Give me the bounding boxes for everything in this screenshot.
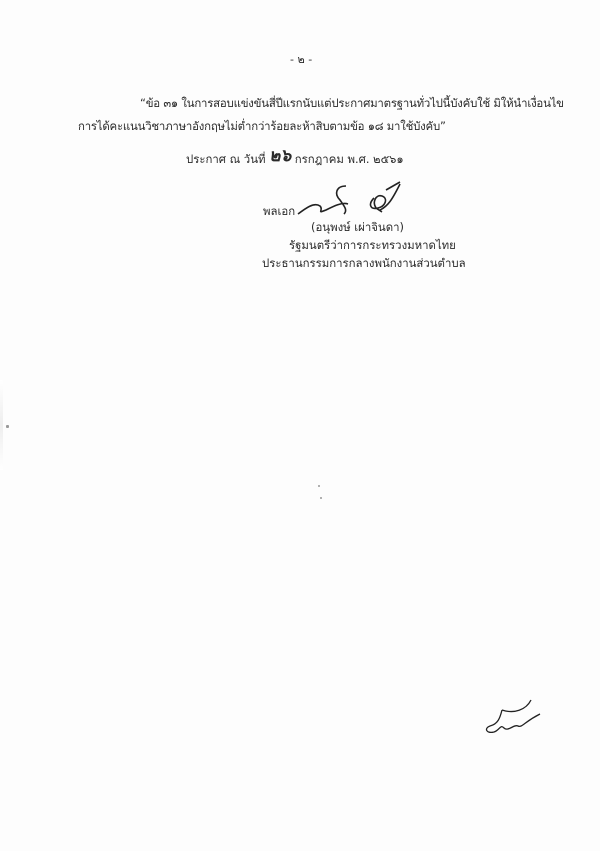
signatory-name: (อนุพงษ์ เผ่าจินดา) (311, 219, 404, 235)
main-signature-icon (296, 180, 416, 220)
scan-edge-shadow (0, 380, 3, 470)
declaration-prefix: ประกาศ ณ วันที่ (186, 152, 266, 166)
document-page: - ๒ - “ข้อ ๓๑ ในการสอบแข่งขันสี่ปีแรกนับ… (0, 0, 600, 851)
page-number: - ๒ - (290, 52, 312, 68)
paragraph-line-1: “ข้อ ๓๑ ในการสอบแข่งขันสี่ปีแรกนับแต่ประ… (140, 95, 564, 111)
declaration-date-line: ประกาศ ณ วันที่ ๒๖ กรกฎาคม พ.ศ. ๒๕๖๑ (186, 150, 404, 167)
signatory-rank: พลเอก (263, 203, 295, 219)
signatory-position-1: รัฐมนตรีว่าการกระทรวงมหาดไทย (289, 237, 456, 253)
scan-speck (6, 425, 9, 428)
declaration-month-year: กรกฎาคม พ.ศ. ๒๕๖๑ (295, 152, 404, 166)
paragraph-line-2: การได้คะแนนวิชาภาษาอังกฤษไม่ต่ำกว่าร้อยล… (78, 118, 446, 134)
signatory-position-2: ประธานกรรมการกลางพนักงานส่วนตำบล (262, 255, 466, 271)
declaration-day: ๒๖ (269, 148, 291, 164)
scan-speck (318, 485, 320, 487)
initials-signature-icon (476, 698, 546, 738)
scan-speck (320, 497, 322, 499)
